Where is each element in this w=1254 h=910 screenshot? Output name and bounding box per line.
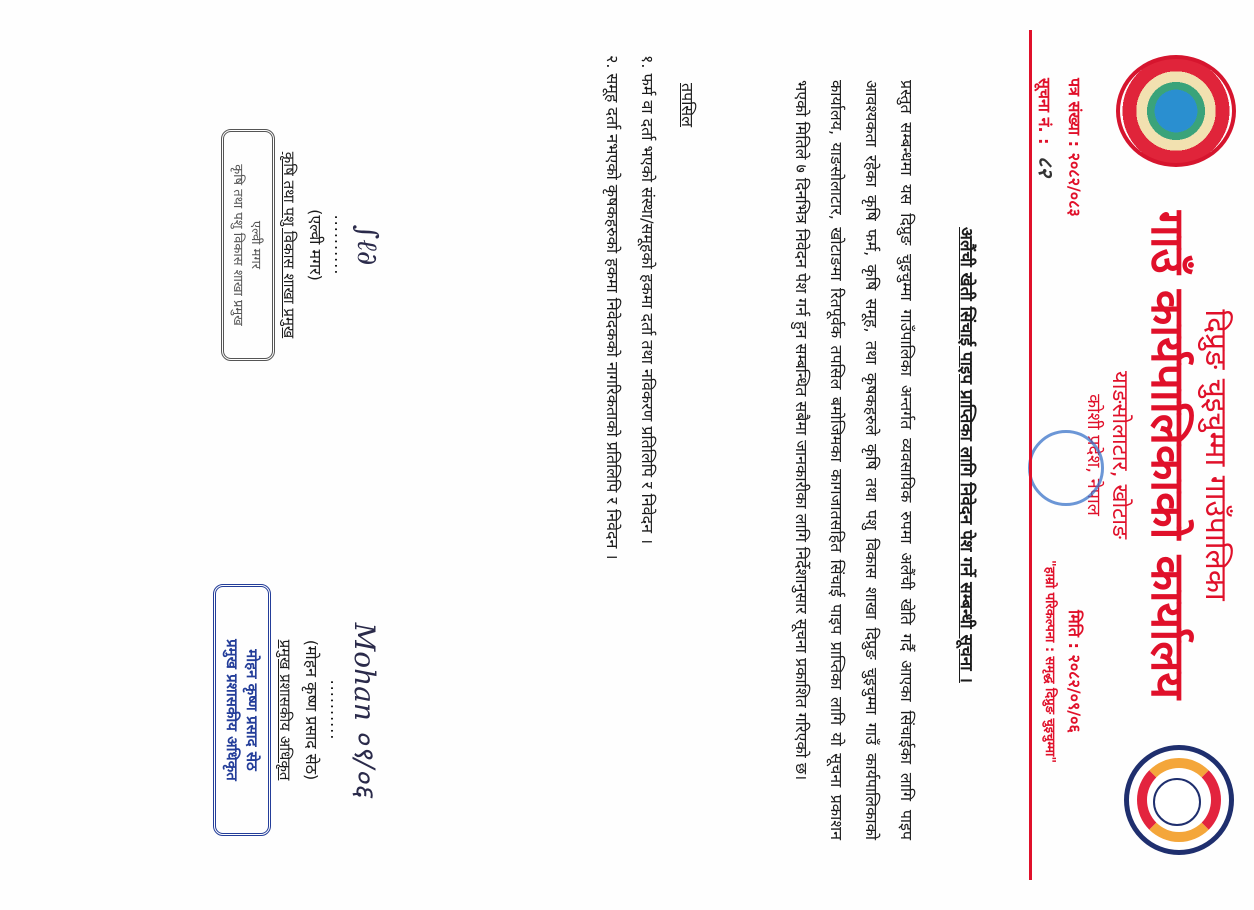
signatory-name: (मोहन कृष्ण प्रसाद सेठ) — [301, 570, 323, 850]
office-title: गाउँ कार्यपालिकाको कार्यालय — [1138, 0, 1200, 910]
notice-number-value: ८२ — [1034, 156, 1058, 177]
signature-dots: .......... — [327, 570, 346, 850]
signatory-stamp: एल्वी मगर कृषि तथा पशु विकास शाखा प्रमुख — [221, 129, 275, 361]
slogan: "हाम्रो परिकल्पना : समृद्ध दिप्रुङ चुइचु… — [1042, 560, 1060, 763]
signature-scrawl: ∫ℓ∂ — [350, 120, 384, 370]
signature-block-left: ∫ℓ∂ .......... (एल्वी मगर) कृषि तथा पशु … — [221, 120, 384, 370]
notice-title: अलैंची खेती सिंचाई पाइप प्राप्तिका लागि … — [956, 0, 979, 910]
notice-number: सूचना नं. : ८२ — [1033, 78, 1060, 177]
annex-heading: तपसिल — [677, 83, 699, 127]
stamp-line: कृषि तथा पशु विकास शाखा प्रमुख — [230, 140, 248, 350]
signatory-role: कृषि तथा पशु विकास शाखा प्रमुख — [279, 120, 299, 370]
scanned-notice-page: दिप्रुङ चुइचुम्मा गाउँपालिका गाउँ कार्यप… — [0, 0, 1254, 910]
office-round-stamp-icon — [1028, 430, 1104, 506]
stamp-line: एल्वी मगर — [248, 140, 266, 350]
annex-item: १. फर्म वा दर्ता भएको संस्था/समूहको हकमा… — [637, 55, 659, 544]
notice-body: प्रस्तुत सम्बन्धमा यस दिप्रुङ चुइचुम्मा … — [784, 80, 924, 840]
issue-date: मिति : २०८२/०९/०६ — [1064, 610, 1086, 733]
office-address: याङसोलाटार, खोटाङ — [1106, 0, 1136, 910]
reference-number: पत्र संख्या : २०८२/०८३ — [1064, 78, 1086, 217]
signatory-role: प्रमुख प्रशासकीय अधिकृत — [275, 570, 295, 850]
signature-scrawl: Mohan ०९/०६ — [346, 570, 384, 850]
signature-dots: .......... — [331, 120, 350, 370]
stamp-line: मोहन कृष्ण प्रसाद सेठ — [242, 595, 262, 825]
stamp-line: प्रमुख प्रशासकीय अधिकृत — [222, 595, 242, 825]
signatory-name: (एल्वी मगर) — [305, 120, 327, 370]
signatory-stamp: मोहन कृष्ण प्रसाद सेठ प्रमुख प्रशासकीय अ… — [213, 584, 271, 836]
header-divider — [1029, 30, 1032, 880]
annex-item: २. समूह दर्ता नभएको कृषकहरुको हकमा निवेद… — [602, 55, 624, 560]
signature-block-right: Mohan ०९/०६ .......... (मोहन कृष्ण प्रसा… — [213, 570, 384, 850]
notice-number-label: सूचना नं. : — [1035, 78, 1054, 145]
municipality-name: दिप्रुङ चुइचुम्मा गाउँपालिका — [1197, 0, 1238, 910]
